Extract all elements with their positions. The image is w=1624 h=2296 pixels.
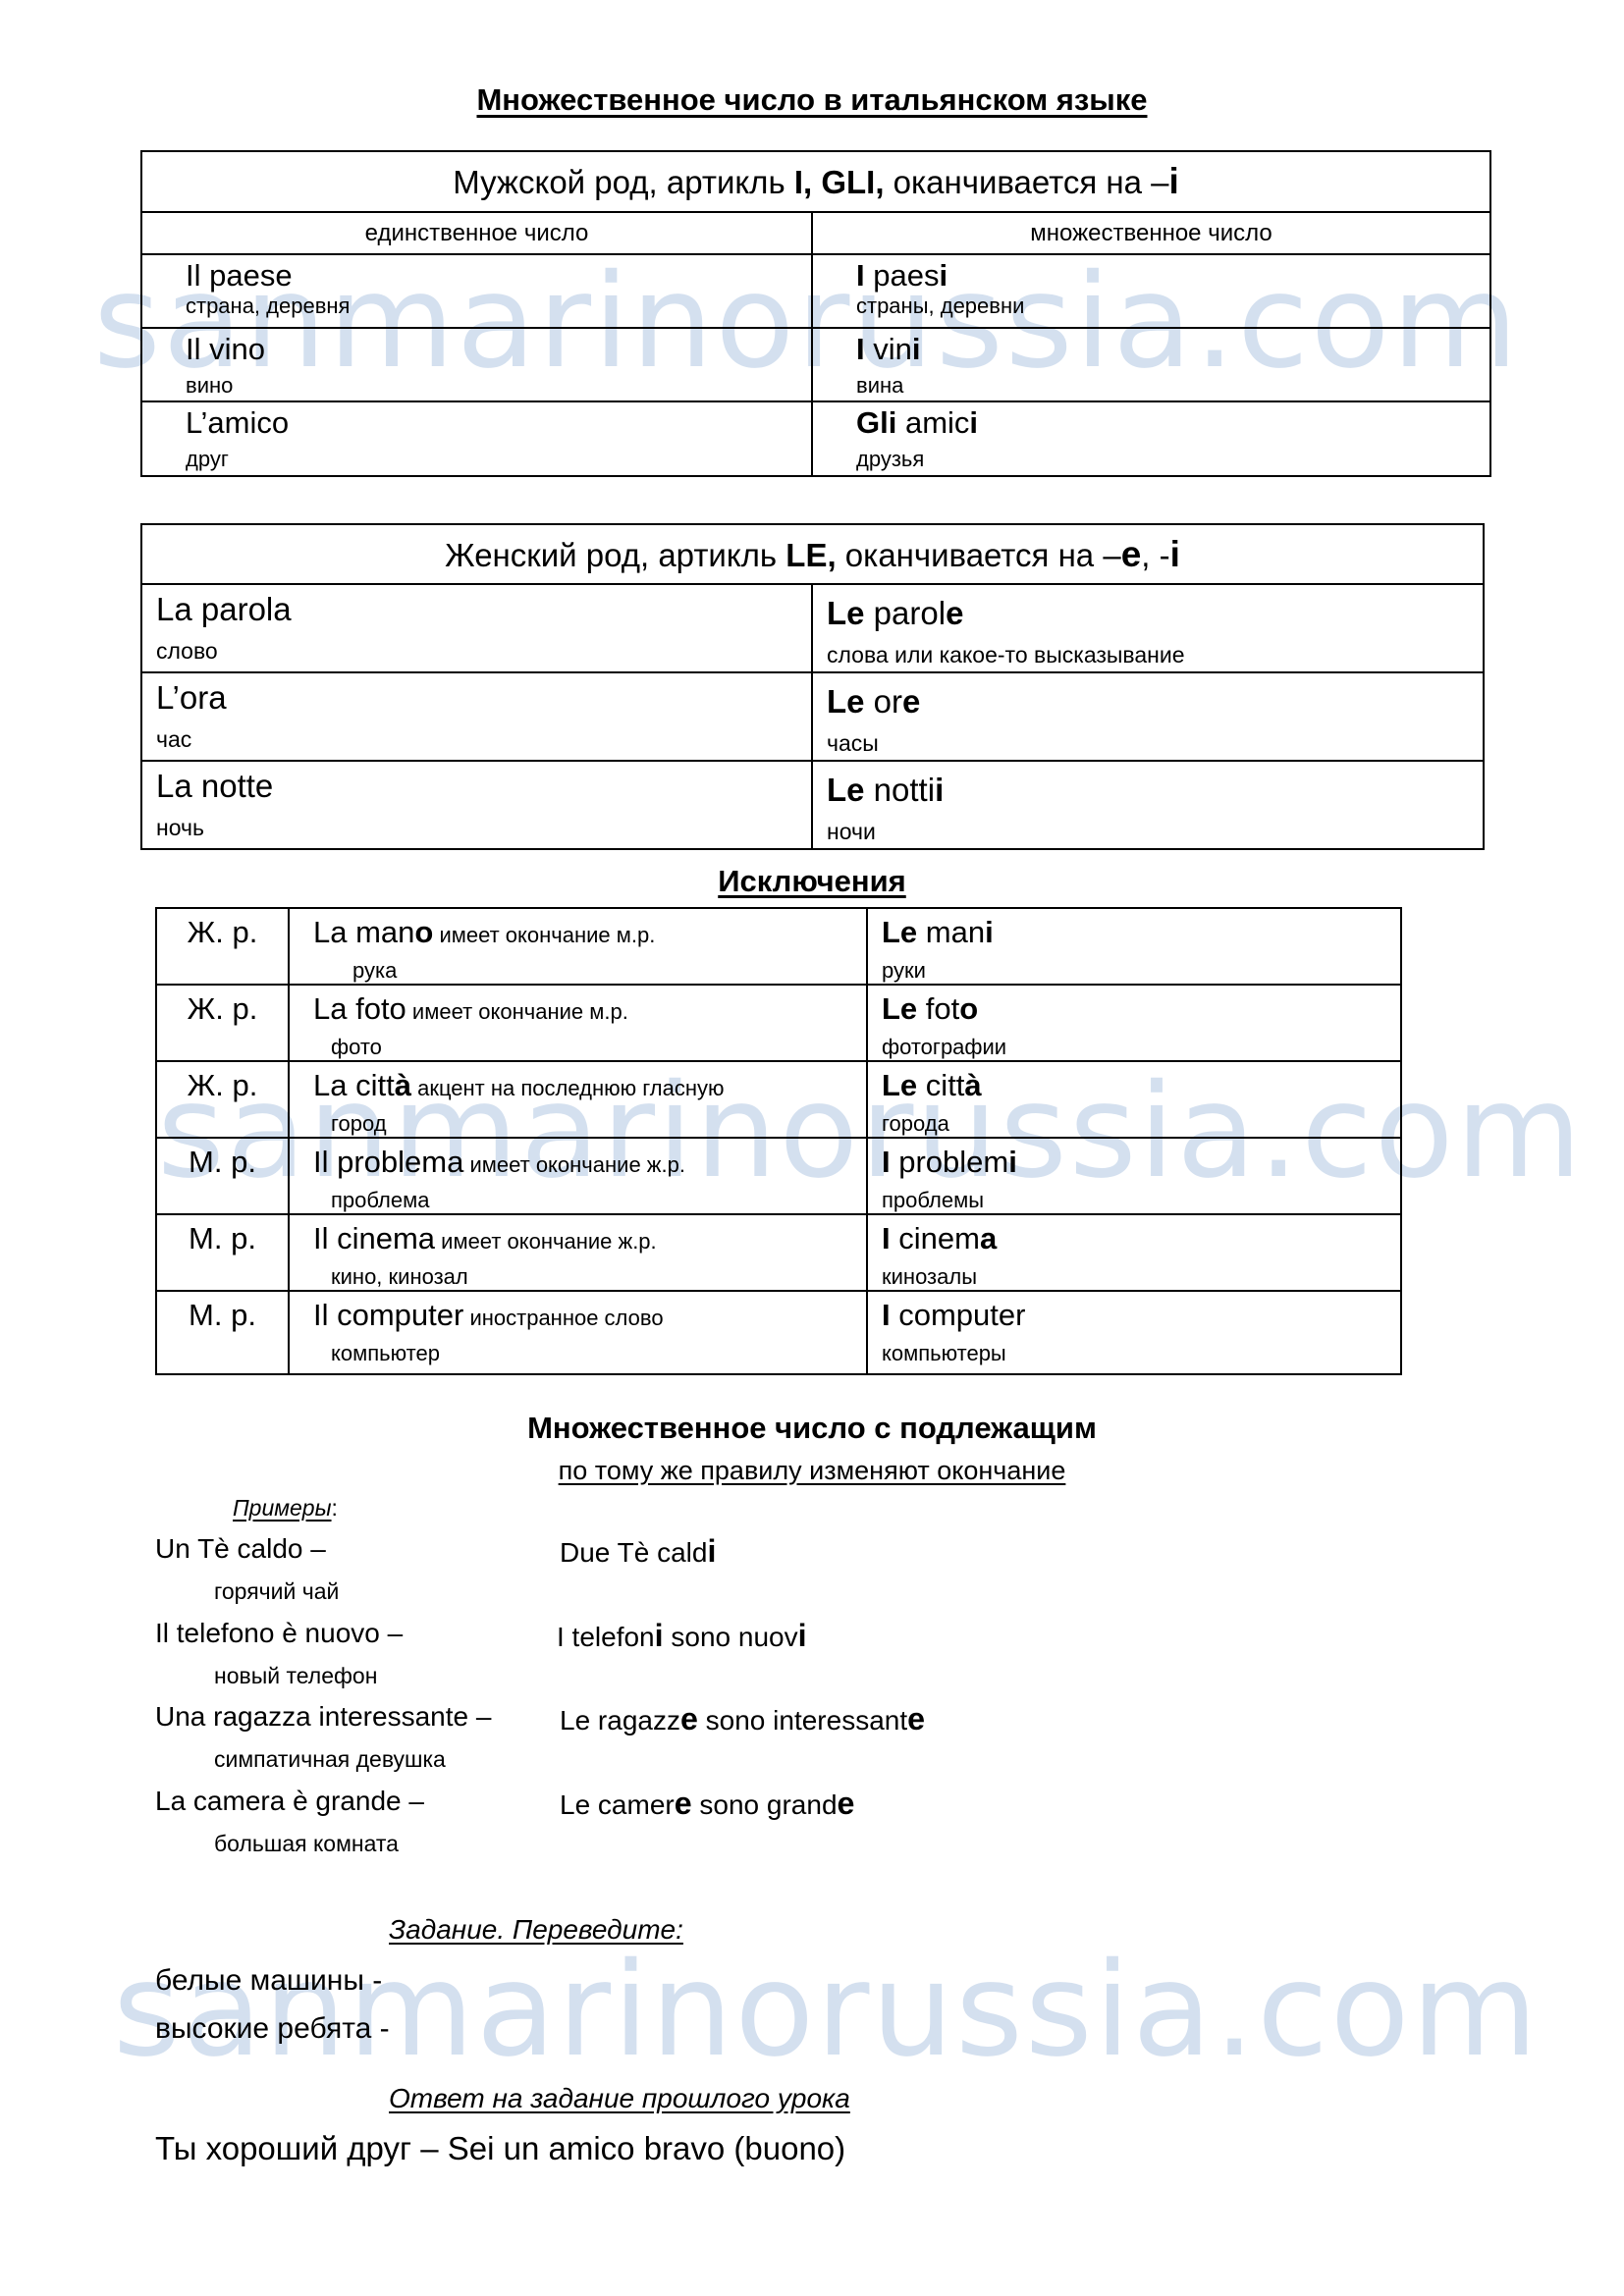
singular-cell: La mano имеет окончание м.р.рука [289,908,867,985]
translation: вина [856,373,1489,399]
translation: страна, деревня [186,294,811,319]
gender-label: М. р. [156,1291,289,1374]
examples-label: Примеры: [233,1495,338,1522]
singular-cell: Il problema имеет окончание ж.р.проблема [289,1138,867,1214]
plural-cell: I problemiпроблемы [867,1138,1401,1214]
rule-note: имеет окончание ж.р. [435,1229,657,1254]
plural-word: Le foto [882,991,978,1026]
translation: час [156,726,811,754]
singular-cell: Il computer иностранное словокомпьютер [289,1291,867,1374]
translation: друг [186,447,811,472]
singular-word: Il cinema [313,1221,435,1255]
translation: кинозалы [882,1264,1400,1290]
exceptions-heading: Исключения [0,864,1624,899]
plural-word: Le mani [882,915,994,949]
page-title: Множественное число в итальянском языке [0,82,1624,118]
rule-note: имеет окончание м.р. [406,999,628,1024]
masculine-table: Мужской род, артикль I, GLI, оканчиваетс… [140,150,1491,477]
plural-cell: I cinemaкинозалы [867,1214,1401,1291]
singular-cell: La foto имеет окончание м.р.фото [289,985,867,1061]
subject-section-subheading: по тому же правилу изменяют окончание [0,1456,1624,1486]
plural-word: Le nottii [827,772,1483,809]
translation: руки [882,958,1400,984]
rule-note: имеет окончание м.р. [433,923,655,947]
example-singular: Un Tè caldo – [155,1533,326,1565]
exceptions-table: Ж. р.La mano имеет окончание м.р.рукаLe … [155,907,1402,1375]
singular-word: Il paese [186,258,811,294]
singular-cell: Il cinema имеет окончание ж.р.кино, кино… [289,1214,867,1291]
plural-cell: I computerкомпьютеры [867,1291,1401,1374]
plural-word: Le parole [827,595,1483,632]
example-plural: Le ragazze sono interessante [560,1701,925,1737]
translation: проблемы [882,1188,1400,1213]
example-singular: Una ragazza interessante – [155,1701,491,1733]
plural-word: I problemi [882,1145,1017,1179]
example-translation: большая комната [214,1831,399,1857]
table-row: Il paeseстрана, деревня I paesiстраны, д… [141,254,1490,328]
example-translation: симпатичная девушка [214,1746,446,1773]
table-row: La notteночь Le nottiiночи [141,761,1484,849]
table-row: М. р.Il computer иностранное словокомпью… [156,1291,1401,1374]
subject-section-heading: Множественное число с подлежащим [0,1411,1624,1446]
rule-note: иностранное слово [463,1306,663,1330]
example-plural: I telefoni sono nuovi [557,1618,807,1654]
example-translation: горячий чай [214,1578,339,1605]
example-singular: La camera è grande – [155,1786,424,1817]
singular-word: Il computer [313,1298,463,1332]
translation: часы [827,730,1483,758]
table-row: La parolaслово Le paroleслова или какое-… [141,584,1484,672]
gender-label: М. р. [156,1214,289,1291]
gender-label: Ж. р. [156,1061,289,1138]
singular-word: Il vino [186,332,811,367]
translation: компьютеры [882,1341,1400,1366]
table-row: М. р.Il problema имеет окончание ж.р.про… [156,1138,1401,1214]
gender-label: Ж. р. [156,985,289,1061]
table-row: Ж. р.La città акцент на последнюю гласну… [156,1061,1401,1138]
singular-word: L’amico [186,405,811,441]
previous-answer-heading: Ответ на задание прошлого урока [389,2083,850,2114]
table-row: М. р.Il cinema имеет окончание ж.р.кино,… [156,1214,1401,1291]
translation: вино [186,373,811,399]
table-row: L’oraчас Le oreчасы [141,672,1484,761]
task-heading: Задание. Переведите: [389,1914,683,1946]
table-row: Il vinoвино I viniвина [141,328,1490,401]
translation: страны, деревни [856,294,1489,319]
translation: ночь [156,815,811,842]
column-header-singular: единственное число [141,212,812,254]
singular-word: Il problema [313,1145,463,1179]
plural-word: Gli amici [856,405,1489,441]
translation: компьютер [313,1341,866,1366]
translation: слово [156,638,811,666]
column-header-plural: множественное число [812,212,1490,254]
table-row: L’amicoдруг Gli amiciдрузья [141,401,1490,476]
table-row: Ж. р.La mano имеет окончание м.р.рукаLe … [156,908,1401,985]
singular-word: La città [313,1068,411,1102]
plural-word: I computer [882,1298,1025,1332]
singular-word: La foto [313,991,406,1026]
task-item: высокие ребята - [155,2012,390,2046]
table-row: Ж. р.La foto имеет окончание м.р.фотоLe … [156,985,1401,1061]
translation: фотографии [882,1035,1400,1060]
singular-word: La parola [156,591,811,628]
rule-note: имеет окончание ж.р. [463,1152,685,1177]
translation: слова или какое-то высказывание [827,642,1483,669]
plural-word: I cinema [882,1221,997,1255]
example-plural: Due Tè caldi [560,1533,716,1570]
plural-word: Le città [882,1068,982,1102]
translation: города [882,1111,1400,1137]
plural-word: I paesi [856,258,1489,294]
gender-label: Ж. р. [156,908,289,985]
rule-note: акцент на последнюю гласную [411,1076,725,1100]
masculine-header: Мужской род, артикль I, GLI, оканчиваетс… [141,151,1490,212]
singular-word: La mano [313,915,433,949]
plural-cell: Le cittàгорода [867,1061,1401,1138]
translation: рука [313,958,866,984]
example-plural: Le camere sono grande [560,1786,854,1822]
translation: фото [313,1035,866,1060]
translation: друзья [856,447,1489,472]
singular-word: La notte [156,768,811,805]
plural-cell: Le maniруки [867,908,1401,985]
feminine-header: Женский род, артикль LE, оканчивается на… [141,524,1484,584]
plural-cell: Le fotoфотографии [867,985,1401,1061]
singular-cell: La città акцент на последнюю гласнуюгоро… [289,1061,867,1138]
translation: город [313,1111,866,1137]
translation: ночи [827,819,1483,846]
singular-word: L’ora [156,679,811,717]
task-item: белые машины - [155,1964,382,1998]
example-translation: новый телефон [214,1663,377,1689]
translation: кино, кинозал [313,1264,866,1290]
feminine-table: Женский род, артикль LE, оканчивается на… [140,523,1485,850]
example-singular: Il telefono è nuovo – [155,1618,403,1649]
plural-word: Le ore [827,683,1483,721]
previous-answer-text: Ты хороший друг – Sei un amico bravo (bu… [155,2130,845,2167]
translation: проблема [313,1188,866,1213]
plural-word: I vini [856,332,1489,367]
gender-label: М. р. [156,1138,289,1214]
